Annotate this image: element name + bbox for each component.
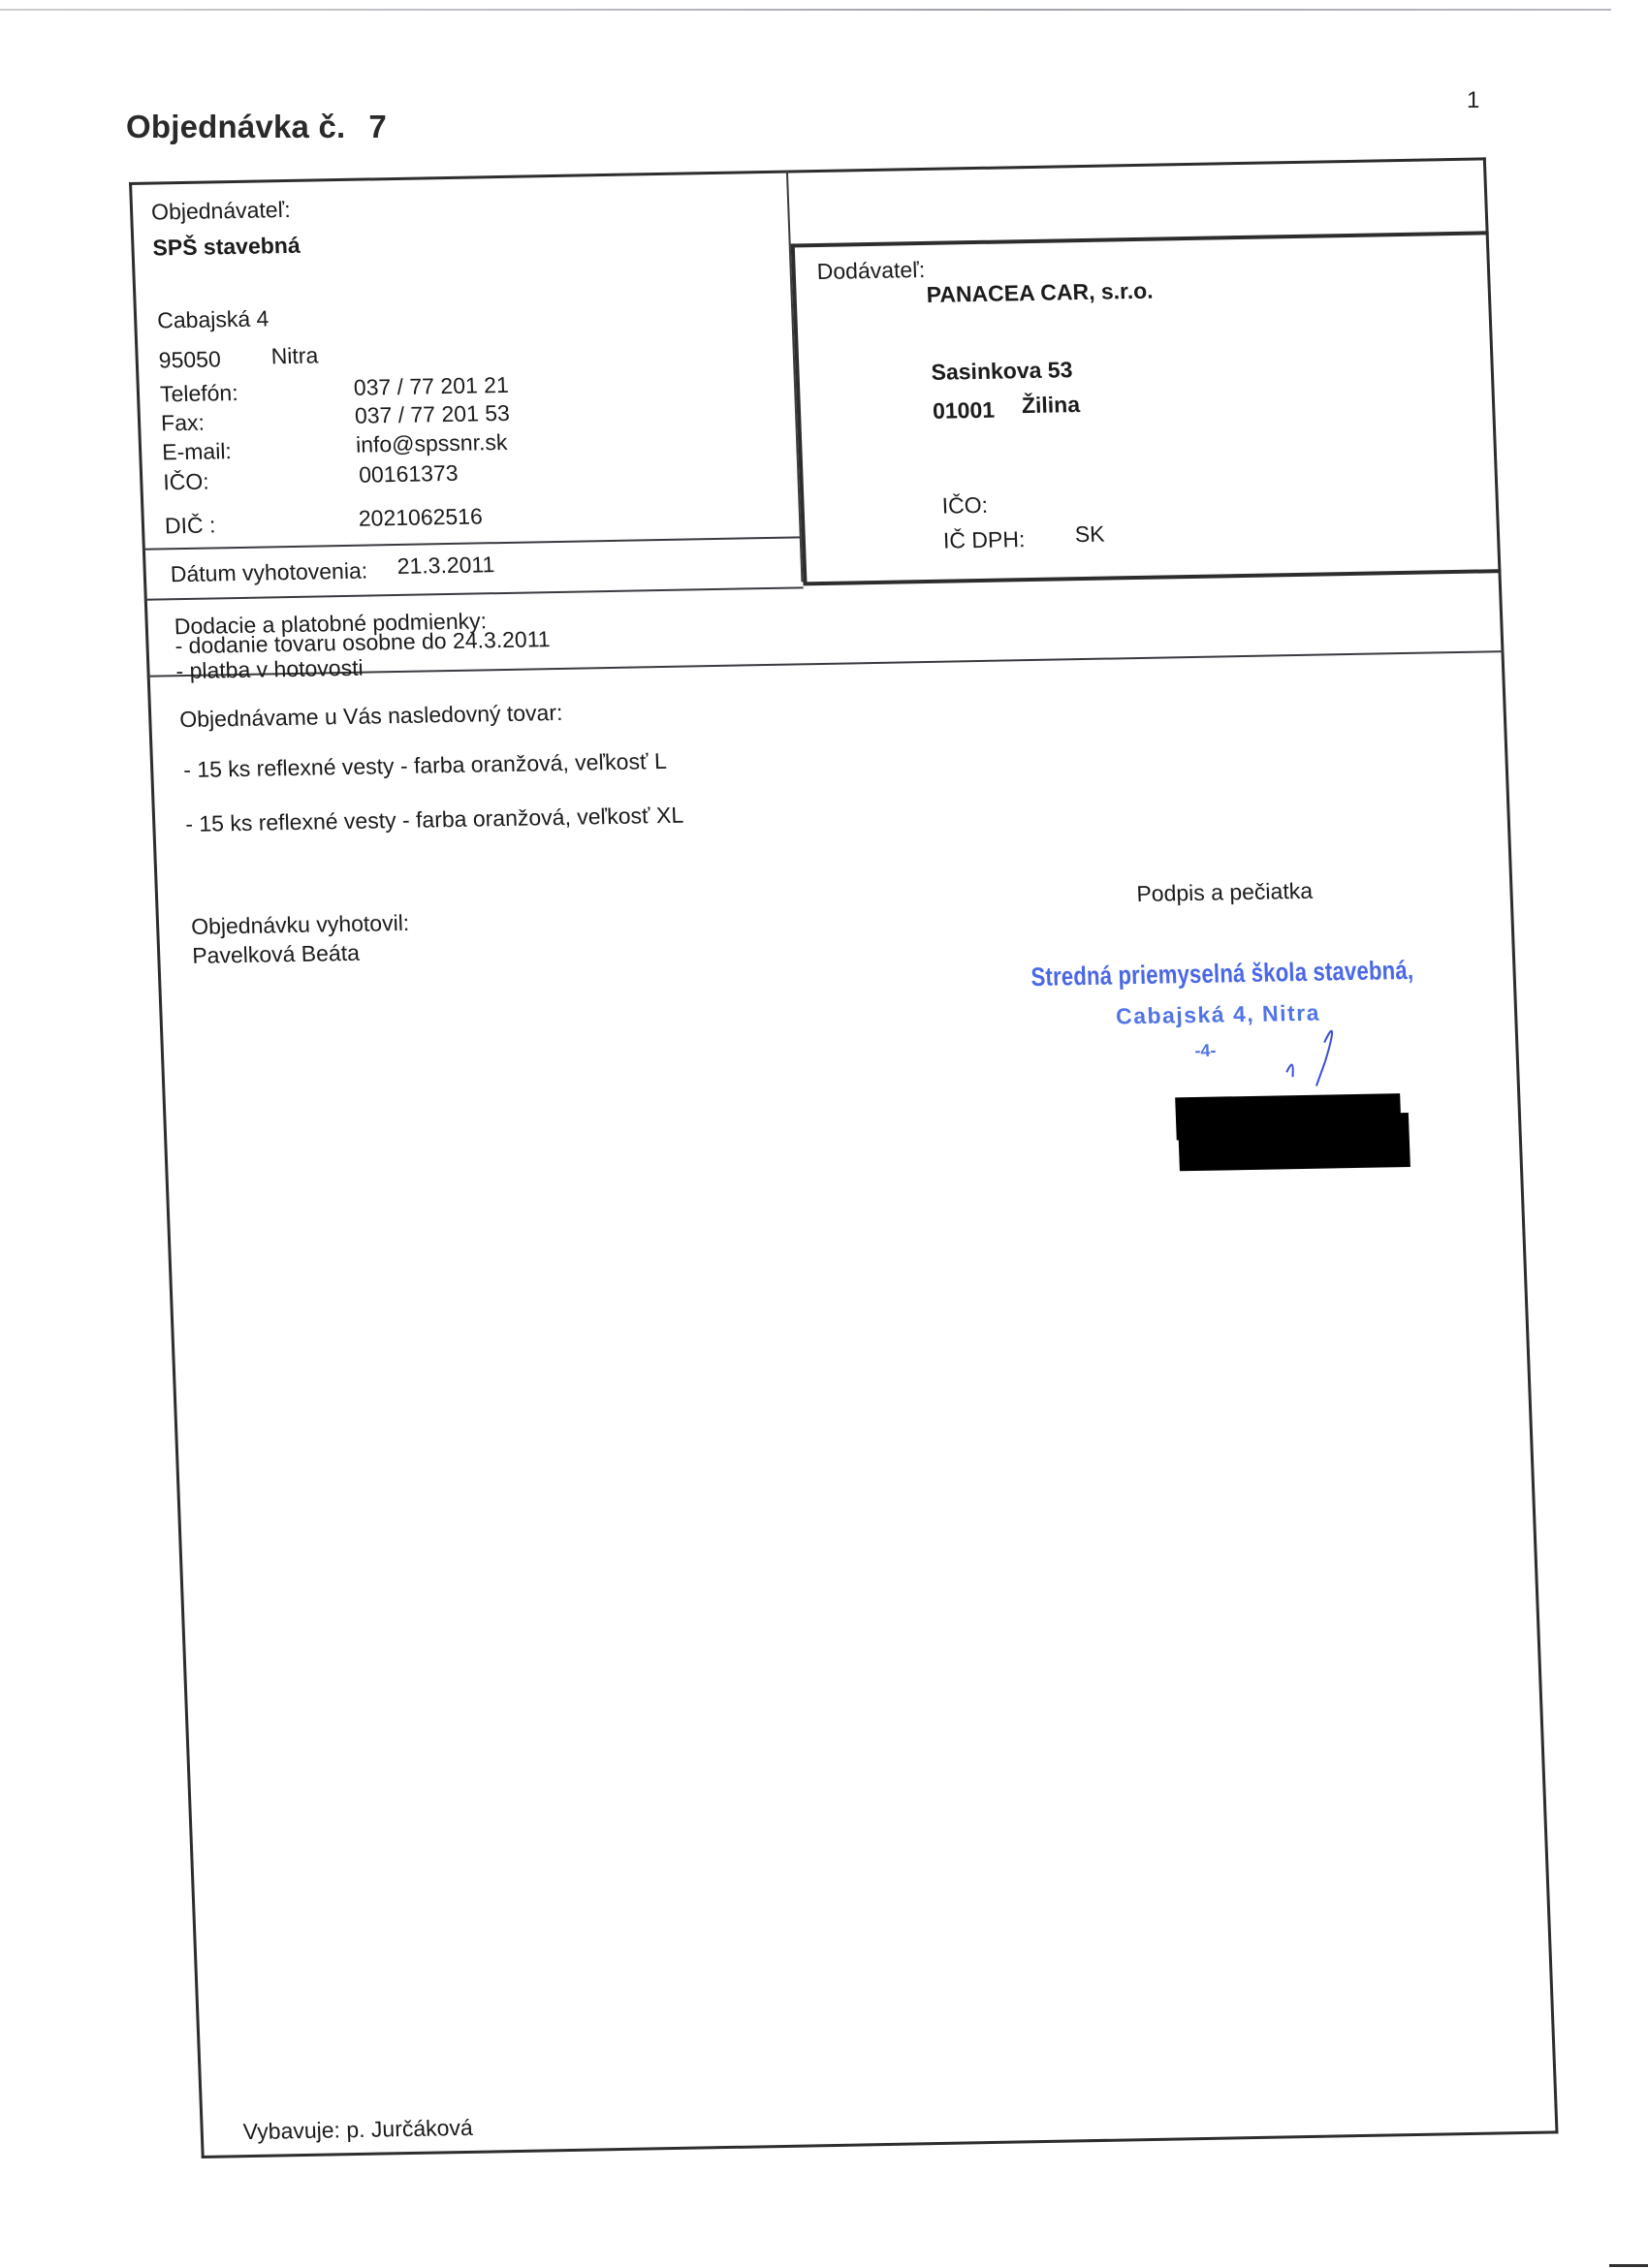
supplier-heading: Dodávateľ: [816, 257, 926, 285]
terms-line-payment: - platba v hotovosti [175, 655, 364, 685]
scan-artifact-top [0, 9, 1611, 11]
handled-by: Vybavuje: p. Jurčáková [242, 2115, 473, 2145]
contact-value-email: info@spssnr.sk [356, 429, 508, 458]
signature-label: Podpis a pečiatka [1136, 878, 1314, 907]
order-item: - 15 ks reflexné vesty - farba oranžová,… [185, 803, 684, 837]
date-value: 21.3.2011 [396, 551, 495, 580]
orderer-street: Cabajská 4 [157, 305, 269, 333]
contact-label-fax: Fax: [161, 410, 206, 437]
prepared-by-name: Pavelková Beáta [192, 940, 361, 969]
supplier-box-bottom [803, 569, 1501, 585]
orderer-heading: Objednávateľ: [151, 197, 291, 226]
supplier-icdph-label: IČ DPH: [942, 526, 1025, 554]
supplier-ico-label: IČO: [941, 492, 988, 520]
supplier-name: PANACEA CAR, s.r.o. [926, 278, 1154, 308]
contact-value-fax: 037 / 77 201 53 [354, 400, 510, 429]
orderer-name: SPŠ stavebná [152, 233, 301, 262]
supplier-zip: 01001 [933, 397, 996, 425]
contact-label-ico: IČO: [163, 469, 209, 496]
page-number: 1 [1467, 87, 1479, 114]
contact-value-phone: 037 / 77 201 21 [353, 372, 509, 401]
title-label: Objednávka č. [126, 109, 345, 144]
contact-value-ico: 00161373 [359, 460, 459, 488]
order-intro: Objednávame u Vás nasledovný tovar: [179, 700, 563, 733]
scan-artifact-bottom [1609, 2264, 1648, 2267]
contact-label-dic: DIČ : [165, 512, 216, 539]
page-title: Objednávka č.7 [126, 109, 387, 145]
order-form: Objednávateľ: SPŠ stavebná Cabajská 4 95… [129, 157, 1559, 2158]
supplier-icdph-value: SK [1074, 521, 1105, 549]
contact-label-phone: Telefón: [160, 380, 239, 407]
orderer-city: Nitra [270, 342, 319, 369]
orderer-zip: 95050 [158, 346, 221, 373]
order-number: 7 [368, 109, 387, 144]
contact-label-email: E-mail: [162, 438, 233, 465]
frame-top [129, 157, 1486, 185]
date-terms-separator [144, 586, 804, 600]
contact-value-dic: 2021062516 [358, 503, 483, 531]
supplier-city: Žilina [1021, 392, 1080, 419]
dic-date-separator [143, 536, 802, 550]
order-item: - 15 ks reflexné vesty - farba oranžová,… [183, 748, 667, 783]
stamp-line-school: Stredná priemyselná škola stavebná, [1030, 956, 1414, 992]
supplier-street: Sasinkova 53 [931, 357, 1073, 386]
supplier-box-top [791, 231, 1489, 247]
date-label: Dátum vyhotovenia: [170, 558, 367, 588]
frame-right [1483, 157, 1559, 2133]
prepared-by-label: Objednávku vyhotovil: [191, 910, 410, 940]
redacted-signature [1178, 1113, 1410, 1171]
